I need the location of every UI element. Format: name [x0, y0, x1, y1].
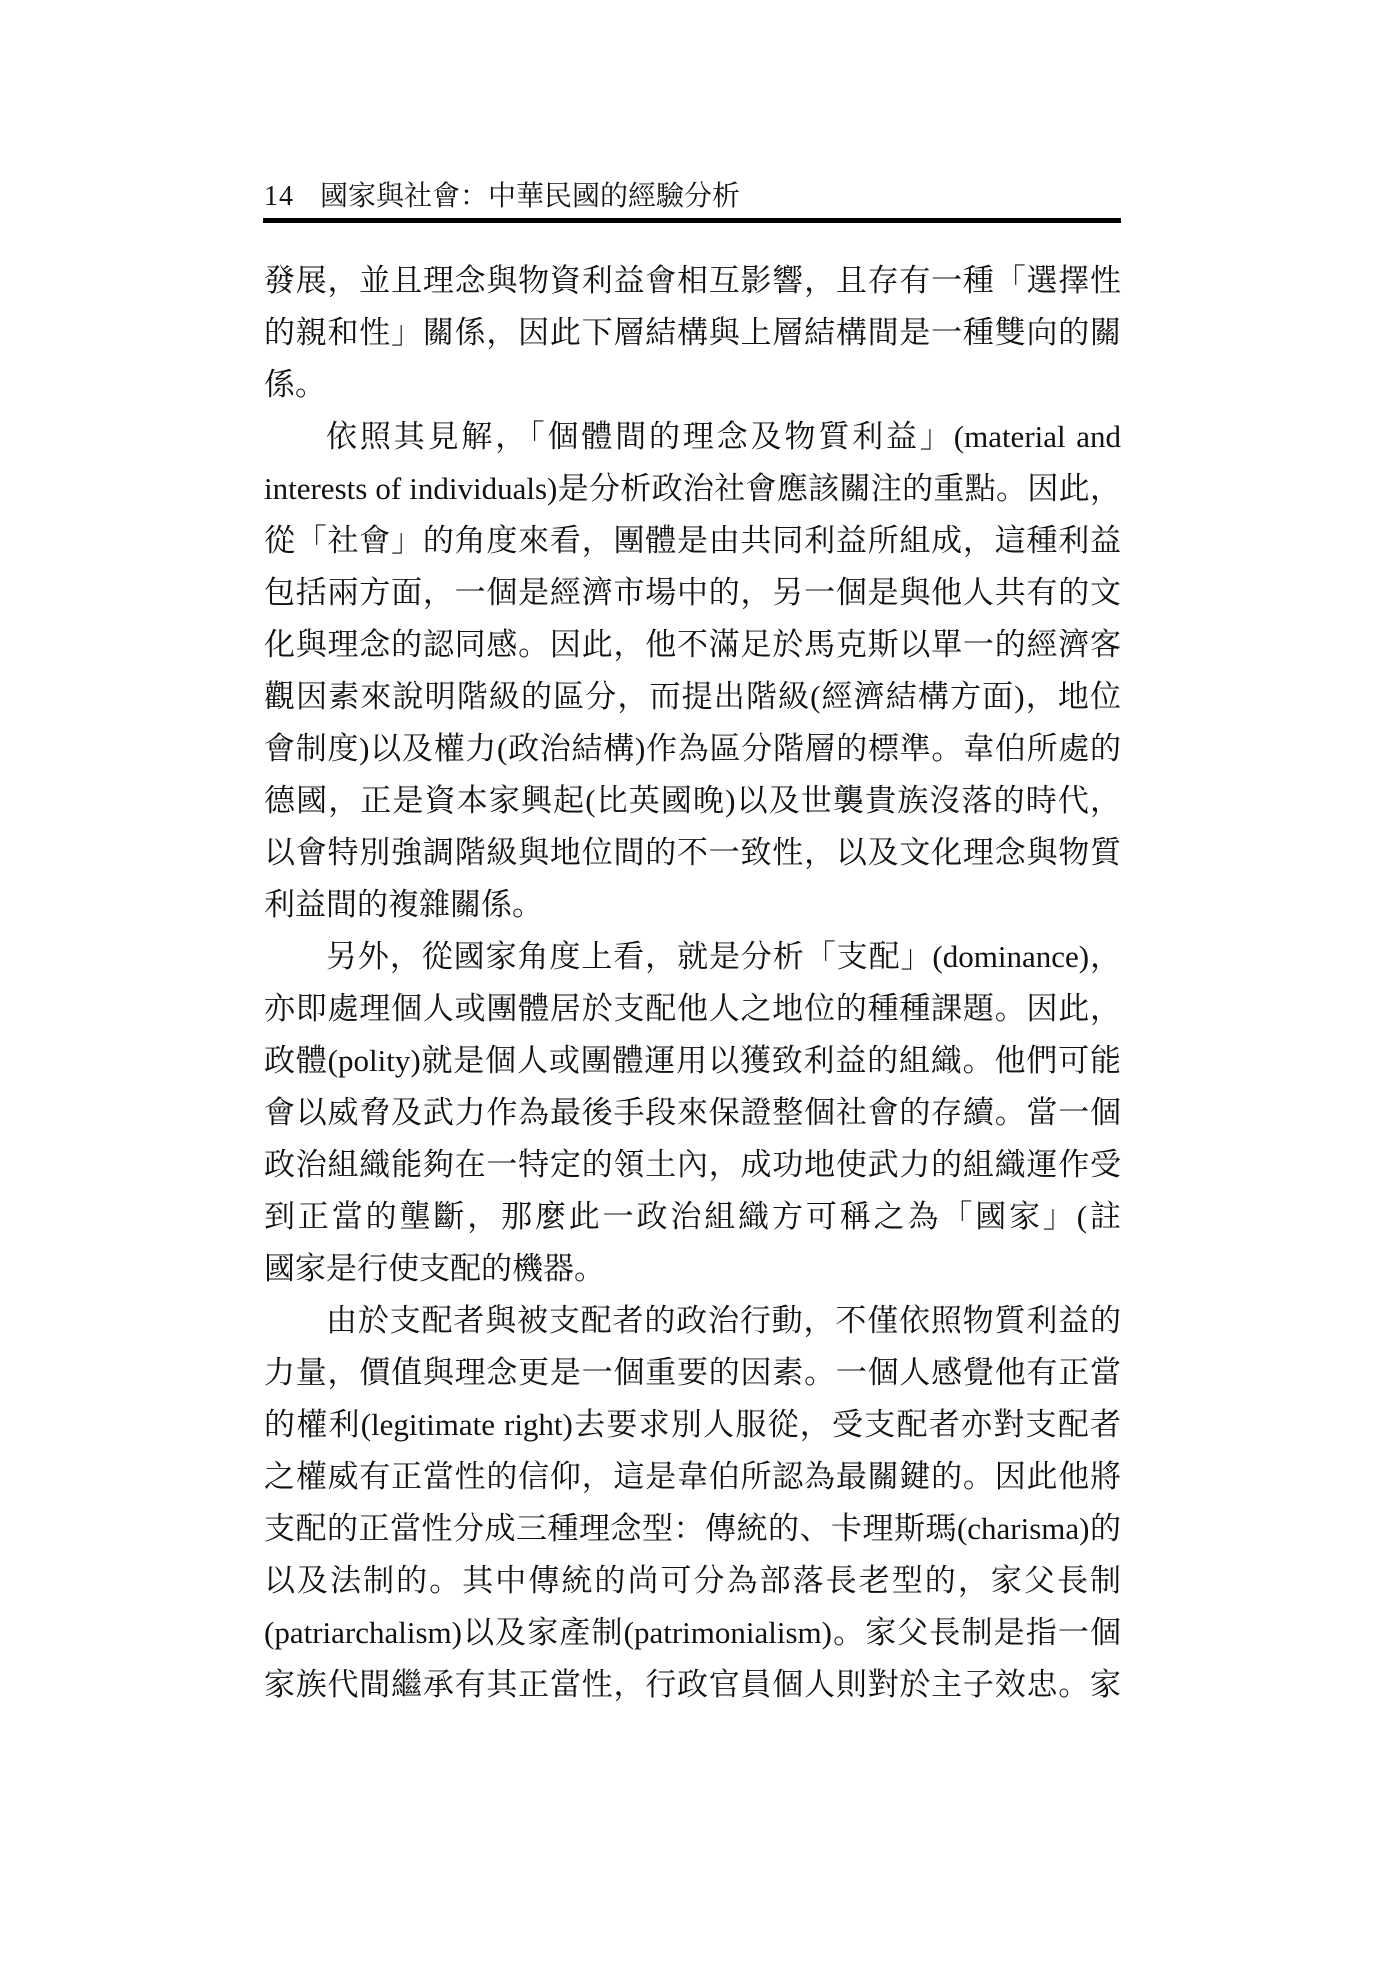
text-line: (patriarchalism)以及家產制(patrimonialism)。家父… [264, 1607, 1121, 1659]
book-title: 國家與社會：中華民國的經驗分析 [320, 181, 740, 212]
text-line: 力量，價值與理念更是一個重要的因素。一個人感覺他有正當 [264, 1347, 1121, 1399]
text-line: 國家是行使支配的機器。 [264, 1243, 1121, 1295]
text-line: 化與理念的認同感。因此，他不滿足於馬克斯以單一的經濟客 [264, 619, 1121, 671]
text-line: 依照其見解，「個體間的理念及物質利益」(material and ideal [264, 411, 1121, 463]
text-line: 利益間的複雜關係。 [264, 879, 1121, 931]
text-line: 德國，正是資本家興起(比英國晚)以及世襲貴族沒落的時代，所 [264, 775, 1121, 827]
book-page: 14國家與社會：中華民國的經驗分析 發展，並且理念與物資利益會相互影響，且存有一… [0, 0, 1386, 1969]
text-line: 觀因素來說明階級的區分，而提出階級(經濟結構方面)，地位(社 [264, 671, 1121, 723]
text-line: 政治組織能夠在一特定的領土內，成功地使武力的組織運作受 [264, 1139, 1121, 1191]
text-line: 從「社會」的角度來看，團體是由共同利益所組成，這種利益 [264, 515, 1121, 567]
text-line: 以會特別強調階級與地位間的不一致性，以及文化理念與物質 [264, 827, 1121, 879]
text-line: 的權利(legitimate right)去要求別人服從，受支配者亦對支配者 [264, 1399, 1121, 1451]
text-line: 政體(polity)就是個人或團體運用以獲致利益的組織。他們可能 [264, 1035, 1121, 1087]
text-line: 包括兩方面，一個是經濟市場中的，另一個是與他人共有的文 [264, 567, 1121, 619]
text-line: 家族代間繼承有其正當性，行政官員個人則對於主子效忠。家 [264, 1659, 1121, 1711]
page-number: 14 [264, 180, 294, 214]
text-line: interests of individuals)是分析政治社會應該關注的重點。… [264, 463, 1121, 515]
text-line: 另外，從國家角度上看，就是分析「支配」(dominance)， [264, 931, 1121, 983]
text-line: 以及法制的。其中傳統的尚可分為部落長老型的，家父長制 [264, 1555, 1121, 1607]
text-line: 亦即處理個人或團體居於支配他人之地位的種種課題。因此， [264, 983, 1121, 1035]
text-line: 會制度)以及權力(政治結構)作為區分階層的標準。韋伯所處的 [264, 723, 1121, 775]
text-line: 的親和性」關係，因此下層結構與上層結構間是一種雙向的關 [264, 307, 1121, 359]
header-rule [263, 218, 1121, 223]
text-line: 之權威有正當性的信仰，這是韋伯所認為最關鍵的。因此他將 [264, 1451, 1121, 1503]
text-line: 到正當的壟斷，那麼此一政治組織方可稱之為「國家」(註五)。 [264, 1191, 1121, 1243]
text-line: 發展，並且理念與物資利益會相互影響，且存有一種「選擇性 [264, 255, 1121, 307]
text-line: 係。 [264, 359, 1121, 411]
text-line: 會以威脅及武力作為最後手段來保證整個社會的存續。當一個 [264, 1087, 1121, 1139]
text-line: 支配的正當性分成三種理念型：傳統的、卡理斯瑪(charisma)的 [264, 1503, 1121, 1555]
running-header: 14國家與社會：中華民國的經驗分析 [264, 180, 1121, 214]
text-line: 由於支配者與被支配者的政治行動，不僅依照物質利益的 [264, 1295, 1121, 1347]
body-text: 發展，並且理念與物資利益會相互影響，且存有一種「選擇性的親和性」關係，因此下層結… [264, 255, 1121, 1711]
